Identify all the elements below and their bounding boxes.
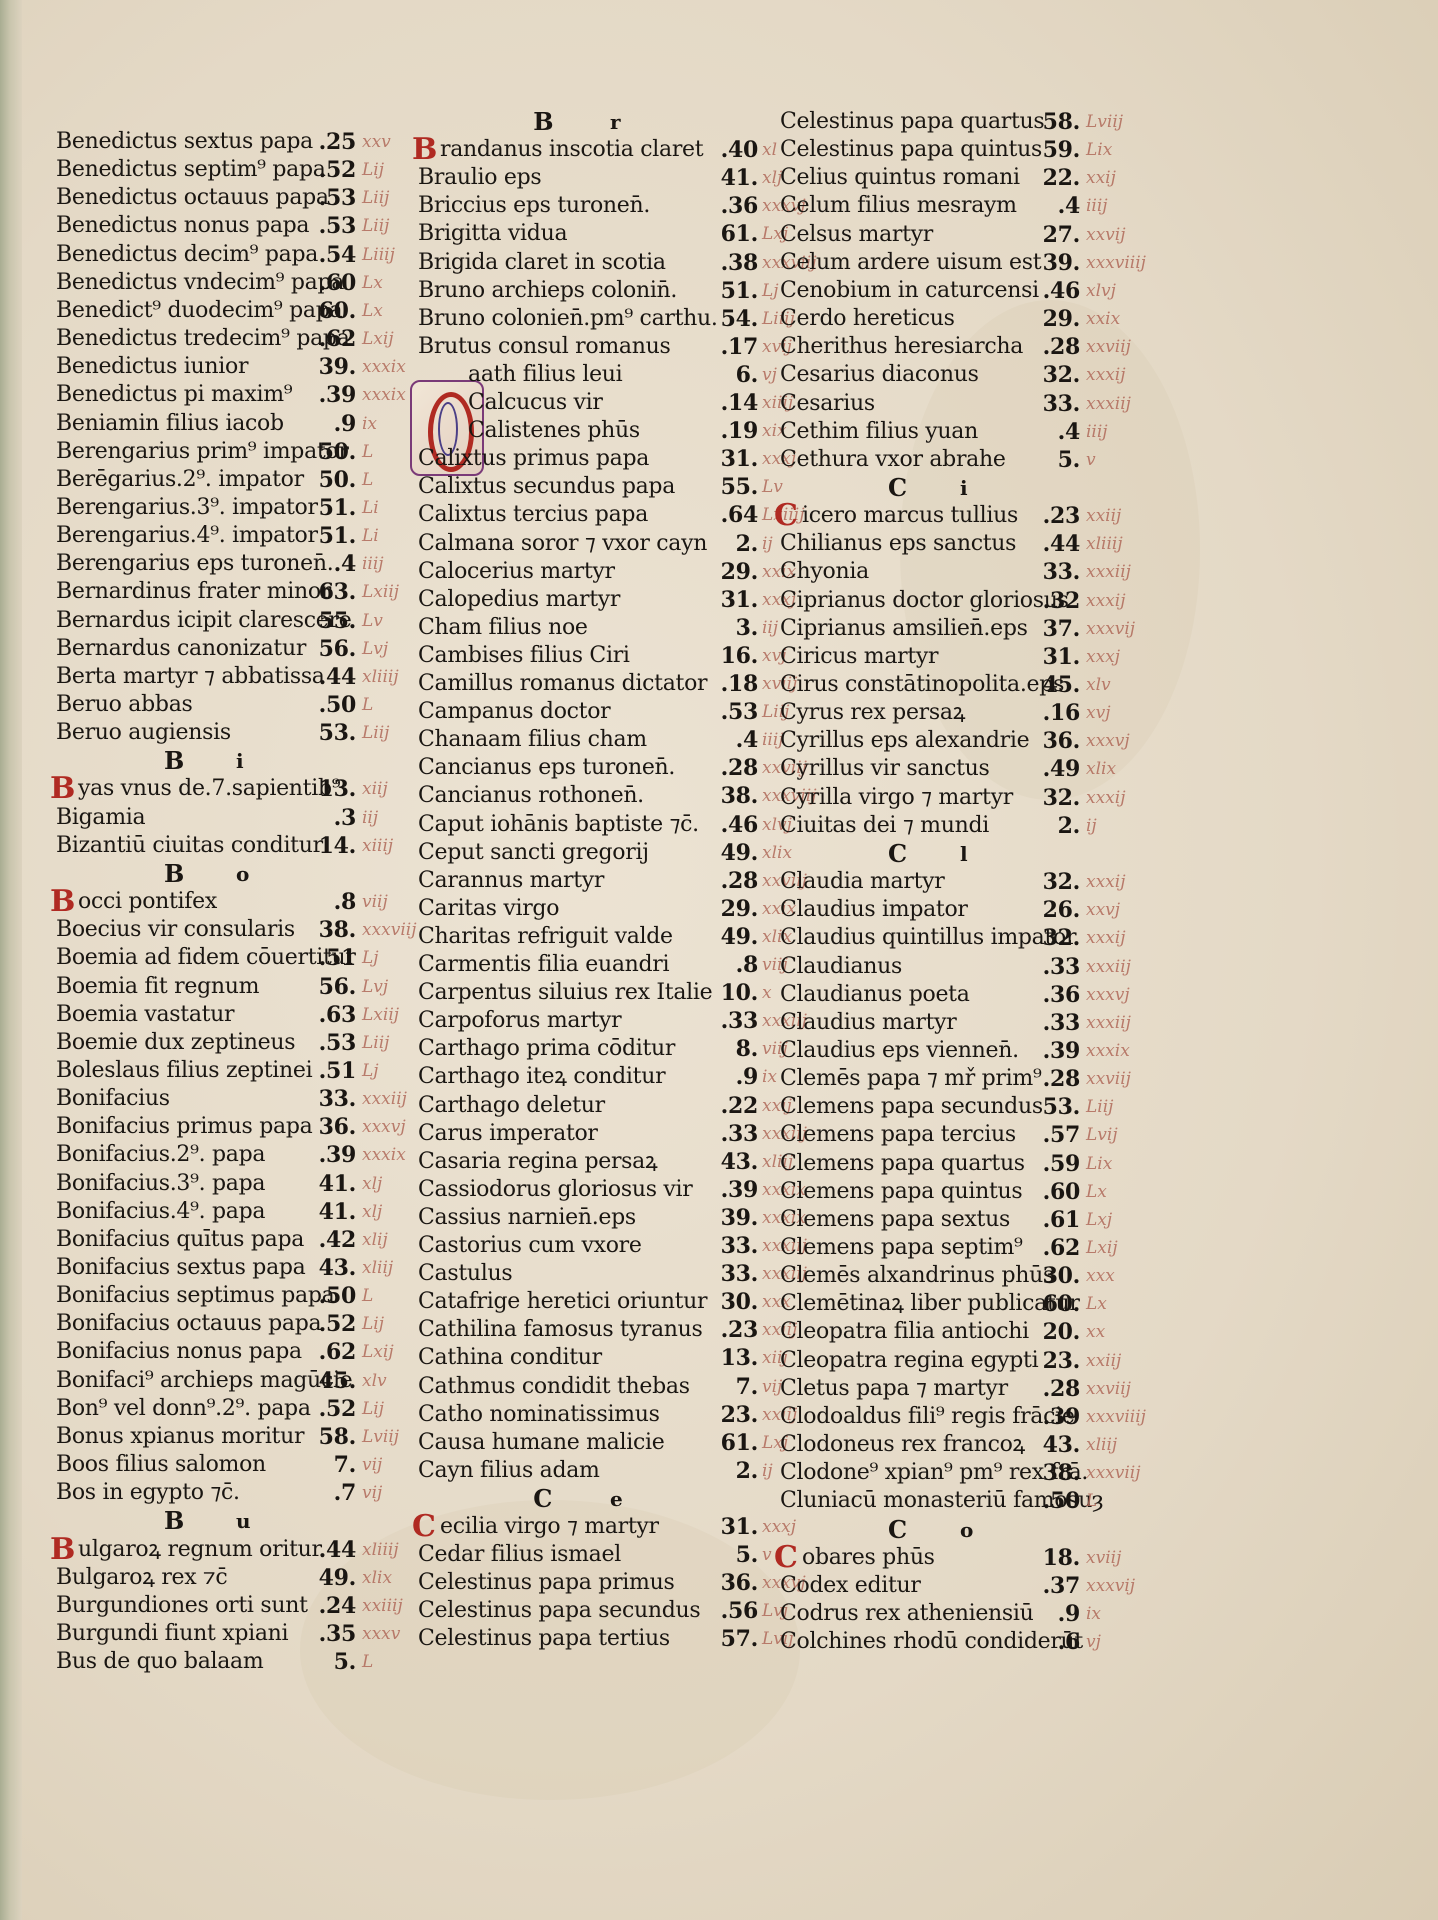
index-entry: Cancianus rothonen̄.38. [418,782,758,810]
heading-subletter: u [236,1507,251,1535]
entry-text: Bernardinus frater minor [56,578,331,606]
rubricated-initial: B [50,775,75,803]
index-entry: Bonifacius octauus papa.52 [56,1310,356,1338]
entry-folio-number: .9 [334,410,356,438]
entry-text: Clemens papa quartus [780,1150,1025,1178]
entry-text: Carannus martyr [418,867,604,895]
margin-roman-numeral: xxv [362,128,391,156]
entry-text: Claudius martyr [780,1009,957,1037]
entry-folio-number: 38. [1043,1459,1080,1487]
index-entry: Clemētinaꝝ liber publicatur60. [780,1290,1080,1318]
margin-roman-numeral: L [362,1648,373,1676]
margin-roman-numeral: xxxix [362,381,406,409]
entry-text: Calixtus tercius papa [418,501,648,529]
entry-text: Berengarius.3⁹. impator [56,494,318,522]
entry-folio-number: .64 [721,501,758,529]
entry-folio-number: 36. [319,1113,356,1141]
index-entry: Claudius martyr.33 [780,1009,1080,1037]
entry-folio-number: .33 [1043,1009,1080,1037]
entry-text: Ciprianus doctor gloriosus [780,587,1069,615]
margin-roman-numeral: xxxix [362,1141,406,1169]
entry-text: Benedict⁹ duodecim⁹ papa [56,297,342,325]
entry-folio-number: 30. [721,1288,758,1316]
entry-text: Celestinus papa tertius [418,1625,670,1653]
entry-text: Clemēs papa ⁊ mř prim⁹ [780,1065,1041,1093]
index-entry: Cathilina famosus tyranus.23 [418,1316,758,1344]
entry-folio-number: .28 [1043,1065,1080,1093]
index-entry: Calopedius martyr31. [418,586,758,614]
entry-text: Benedictus tredecim⁹ papa [56,325,350,353]
index-entry: Claudius eps viennen̄..39 [780,1037,1080,1065]
entry-folio-number: 6. [736,361,758,389]
section-heading: Bu [56,1507,356,1535]
index-entry: Codrus rex atheniensiū.9 [780,1600,1080,1628]
entry-text: Benedictus septim⁹ papa [56,156,326,184]
entry-folio-number: 13. [319,775,356,803]
entry-text: Cancianus eps turonen̄. [418,754,675,782]
entry-folio-number: 51. [319,494,356,522]
index-entry: Bruno colonien̄.pm⁹ carthu.54. [418,305,758,333]
entry-text: Caritas virgo [418,895,559,923]
entry-text: Calixtus primus papa [418,445,649,473]
entry-text: Campanus doctor [418,698,610,726]
index-entry: Cyrillus vir sanctus.49 [780,755,1080,783]
entry-folio-number: .50 [319,1282,356,1310]
index-entry: Clemens papa sextus.61 [780,1206,1080,1234]
entry-folio-number: .50 [1043,1487,1080,1515]
entry-folio-number: 63. [319,578,356,606]
index-entry: Calixtus tercius papa.64 [418,501,758,529]
margin-roman-numeral: L [362,466,373,494]
entry-folio-number: .42 [319,1226,356,1254]
entry-text: Carmentis filia euandri [418,951,669,979]
margin-roman-numeral: Lx [1086,1290,1107,1318]
entry-folio-number: 13. [721,1344,758,1372]
index-entry: Benedictus septim⁹ papa.52 [56,156,356,184]
entry-text: Clemens papa quintus [780,1178,1022,1206]
index-entry: Beniamin filius iacob.9 [56,410,356,438]
index-entry: Ceput sancti gregorij49. [418,839,758,867]
index-entry: Cedar filius ismael5. [418,1541,758,1569]
entry-text: Celestinus papa quartus [780,108,1044,136]
entry-folio-number: .62 [319,1338,356,1366]
margin-roman-numeral: v [1086,446,1096,474]
index-entry: Benedictus sextus papa.25 [56,128,356,156]
margin-roman-numeral: iiij [362,550,384,578]
margin-roman-numeral: Liij [362,212,389,240]
entry-text: Codrus rex atheniensiū [780,1600,1034,1628]
entry-folio-number: .4 [1058,418,1080,446]
entry-folio-number: 41. [319,1198,356,1226]
margin-roman-numeral: Lij [362,1395,384,1423]
index-entry: Berta martyr ⁊ abbatissa.44 [56,663,356,691]
entry-text: Calcucus vir [468,389,603,417]
index-entry: Clemens papa quintus.60 [780,1178,1080,1206]
margin-roman-numeral: xxvj [1086,896,1120,924]
index-entry: Cesarius diaconus32. [780,361,1080,389]
index-entry: Bulgaroꝝ regnum oritur.44 [56,1536,356,1564]
entry-folio-number: 60. [1043,1290,1080,1318]
section-heading: Bo [56,860,356,888]
margin-roman-numeral: ix [1086,1600,1101,1628]
entry-text: Cassius narnien̄.eps [418,1204,636,1232]
entry-folio-number: 31. [1043,643,1080,671]
entry-folio-number: .40 [721,136,758,164]
margin-roman-numeral: xliiij [1086,530,1123,558]
entry-folio-number: 59. [1043,136,1080,164]
index-entry: Bonifacius septimus papa.50 [56,1282,356,1310]
entry-folio-number: 39. [721,1204,758,1232]
entry-folio-number: 26. [1043,896,1080,924]
index-entry: Carthago prima cōditur8. [418,1035,758,1063]
margin-roman-numeral: Lx [362,297,383,325]
index-entry: Clemēs alxandrinus phūs30. [780,1262,1080,1290]
heading-letter: B [164,860,184,888]
entry-folio-number: .28 [1043,333,1080,361]
entry-text: Cyrus rex persaꝝ [780,699,965,727]
entry-folio-number: .52 [319,1395,356,1423]
index-entry: Cobares phūs18. [780,1544,1080,1572]
entry-folio-number: .33 [721,1007,758,1035]
margin-roman-numeral: xl [762,136,777,164]
entry-folio-number: 14. [319,832,356,860]
index-entry: Clodoneus rex francoꝝ43. [780,1431,1080,1459]
margin-roman-numeral: ij [762,530,773,558]
margin-roman-numeral: xxxij [1086,784,1125,812]
entry-folio-number: 49. [319,1564,356,1592]
index-entry: Catafrige heretici oriuntur30. [418,1288,758,1316]
index-entry: Carannus martyr.28 [418,867,758,895]
index-entry: Bigamia.3 [56,804,356,832]
margin-roman-numeral: Lxij [362,325,394,353]
entry-folio-number: 29. [721,895,758,923]
entry-text: Clodoaldus fili⁹ regis frācie [780,1403,1075,1431]
entry-text: Cathina conditur [418,1344,602,1372]
margin-roman-numeral: xxviij [1086,1065,1131,1093]
margin-roman-numeral: xxxvj [1086,727,1130,755]
index-entry: Colchines rhodū condiderūt.6 [780,1628,1080,1656]
entry-folio-number: 51. [319,522,356,550]
margin-roman-numeral: L [362,691,373,719]
entry-folio-number: 8. [736,1035,758,1063]
margin-roman-numeral: iij [362,804,378,832]
entry-folio-number: 53. [319,719,356,747]
margin-roman-numeral: Liij [1086,1093,1113,1121]
index-entry: Calocerius martyr29. [418,558,758,586]
entry-text: Bruno colonien̄.pm⁹ carthu. [418,305,718,333]
index-entry: Cesarius33. [780,390,1080,418]
index-entry: Boemia vastatur.63 [56,1001,356,1029]
index-entry: Brandanus inscotia claret.40 [418,136,758,164]
index-entry: Carus imperator.33 [418,1120,758,1148]
index-entry: Benedictus octauus papa.53 [56,184,356,212]
entry-folio-number: .23 [721,1316,758,1344]
heading-subletter: o [960,1516,973,1544]
entry-text: Calistenes phūs [468,417,640,445]
entry-folio-number: 39. [1043,249,1080,277]
index-entry: Byas vnus de.7.sapientib⁹13. [56,775,356,803]
margin-roman-numeral: xliiij [362,663,399,691]
entry-text: Cethim filius yuan [780,418,978,446]
entry-folio-number: .50 [319,691,356,719]
entry-text: Carpentus siluius rex Italie [418,979,712,1007]
margin-roman-numeral: xxviij [1086,333,1131,361]
entry-folio-number: 45. [1043,671,1080,699]
entry-folio-number: 3. [736,614,758,642]
entry-folio-number: 43. [319,1254,356,1282]
entry-folio-number: .54 [319,241,356,269]
index-entry: Briccius eps turonen̄..36 [418,192,758,220]
index-entry: Calixtus primus papa31. [418,445,758,473]
rubricated-initial: C [412,1513,436,1541]
heading-subletter: i [236,747,244,775]
entry-text: Bonifacius.4⁹. papa [56,1198,265,1226]
entry-text: Boemie dux zeptineus [56,1029,295,1057]
index-entry: Calmana soror ⁊ vxor cayn2. [418,530,758,558]
entry-folio-number: .57 [1043,1121,1080,1149]
entry-folio-number: .28 [721,867,758,895]
entry-folio-number: 37. [1043,615,1080,643]
index-entry: Brutus consul romanus.17 [418,333,758,361]
margin-roman-numeral: xxxix [1086,1037,1130,1065]
index-entry: Claudianus.33 [780,953,1080,981]
margin-roman-numeral: xlj [362,1198,382,1226]
entry-folio-number: .39 [721,1176,758,1204]
index-entry: Cecilia virgo ⁊ martyr31. [418,1513,758,1541]
index-entry: Claudianus poeta.36 [780,981,1080,1009]
entry-text: Boos filius salomon [56,1451,266,1479]
margin-roman-numeral: xxxvij [1086,615,1135,643]
entry-text: Cathilina famosus tyranus [418,1316,702,1344]
margin-roman-numeral: Lxiij [362,578,399,606]
index-entry: Caput iohānis baptiste ⁊c̄..46 [418,811,758,839]
entry-folio-number: 31. [721,445,758,473]
entry-folio-number: .51 [319,1057,356,1085]
margin-roman-numeral: Lj [362,944,379,972]
entry-folio-number: 61. [721,220,758,248]
margin-roman-numeral: xxxix [362,353,406,381]
margin-roman-numeral: Lvj [362,635,388,663]
rubricated-initial: C [774,502,798,530]
entry-text: Bizantiū ciuitas conditur [56,832,323,860]
entry-text: Camillus romanus dictator [418,670,707,698]
index-entry: Boemia fit regnum56. [56,973,356,1001]
entry-text: Claudianus [780,953,902,981]
margin-roman-numeral: xxiij [1086,502,1121,530]
margin-roman-numeral: Lx [1086,1178,1107,1206]
entry-folio-number: 23. [1043,1347,1080,1375]
index-entry: Catho nominatissimus23. [418,1401,758,1429]
margin-roman-numeral: x [762,979,772,1007]
margin-roman-numeral: L [1086,1487,1097,1515]
entry-text: randanus inscotia claret [440,136,703,164]
entry-text: Boemia ad fidem cōuertitur [56,944,356,972]
heading-letter: C [888,840,907,868]
margin-roman-numeral: xliiij [362,1536,399,1564]
entry-folio-number: 41. [319,1170,356,1198]
entry-folio-number: 56. [319,635,356,663]
entry-text: Bulgaroꝝ rex ⁊c̄ [56,1564,227,1592]
index-entry: Berēgarius.2⁹. impator50. [56,466,356,494]
index-entry: Claudia martyr32. [780,868,1080,896]
entry-text: Berengarius prim⁹ impator [56,438,349,466]
entry-text: Cleopatra filia antiochi [780,1318,1029,1346]
rubricated-initial: B [50,888,75,916]
index-entry: Beruo augiensis53. [56,719,356,747]
entry-folio-number: 49. [721,839,758,867]
index-entry: Clemens papa secundus53. [780,1093,1080,1121]
entry-text: Calocerius martyr [418,558,615,586]
margin-roman-numeral: xviij [1086,1544,1121,1572]
entry-folio-number: .39 [1043,1403,1080,1431]
index-entry: Calistenes phūs.19 [418,417,758,445]
index-entry: Berengarius prim⁹ impator50. [56,438,356,466]
entry-folio-number: .46 [1043,277,1080,305]
margin-roman-numeral: Liij [362,184,389,212]
entry-text: Cancianus rothonen̄. [418,782,644,810]
index-entry: Ciprianus doctor gloriosus.32 [780,587,1080,615]
entry-folio-number: .49 [1043,755,1080,783]
entry-text: Clemens papa secundus [780,1093,1043,1121]
index-entry: Carthago iteꝝ conditur.9 [418,1063,758,1091]
entry-folio-number: .36 [721,192,758,220]
entry-text: Clemens papa septim⁹ [780,1234,1023,1262]
entry-text: Caput iohānis baptiste ⁊c̄. [418,811,699,839]
index-entry: Cletus papa ⁊ martyr.28 [780,1375,1080,1403]
entry-text: Berta martyr ⁊ abbatissa [56,663,325,691]
entry-text: Celestinus papa secundus [418,1597,700,1625]
entry-folio-number: .52 [319,156,356,184]
index-entry: Calcucus vir.14 [418,389,758,417]
margin-roman-numeral: Lx [362,269,383,297]
entry-folio-number: .53 [319,212,356,240]
index-entry: Benedictus tredecim⁹ papa.62 [56,325,356,353]
entry-text: Cesarius diaconus [780,361,979,389]
entry-text: Berengarius.4⁹. impator [56,522,318,550]
entry-folio-number: 30. [1043,1262,1080,1290]
margin-roman-numeral: Liiij [362,241,395,269]
index-entry: Campanus doctor.53 [418,698,758,726]
entry-text: Causa humane malicie [418,1429,664,1457]
entry-folio-number: .44 [319,1536,356,1564]
entry-text: occi pontifex [78,888,217,916]
book-page: Benedictus sextus papa.25xxvBenedictus s… [0,0,1438,1920]
index-entry: Bernardus canonizatur56. [56,635,356,663]
entry-text: Boemia fit regnum [56,973,259,1001]
entry-folio-number: 5. [736,1541,758,1569]
entry-text: Brigida claret in scotia [418,249,666,277]
index-entry: Ciricus martyr31. [780,643,1080,671]
entry-text: Chilianus eps sanctus [780,530,1016,558]
entry-text: Cleopatra regina egypti [780,1347,1038,1375]
margin-roman-numeral: viij [362,888,388,916]
margin-roman-numeral: xxxv [362,1620,400,1648]
entry-text: icero marcus tullius [802,502,1018,530]
entry-text: Carthago deletur [418,1092,605,1120]
entry-text: Ceput sancti gregorij [418,839,649,867]
margin-roman-numeral: xlv [1086,671,1111,699]
entry-text: Cedar filius ismael [418,1541,621,1569]
entry-text: Benedictus decim⁹ papa [56,241,318,269]
margin-roman-numeral: Lvij [1086,1121,1118,1149]
entry-text: Burgundiones orti sunt [56,1592,308,1620]
entry-folio-number: 2. [1058,812,1080,840]
entry-text: Bonifacius [56,1085,170,1113]
entry-folio-number: 60. [319,297,356,325]
index-entry: Benedictus iunior39. [56,353,356,381]
entry-folio-number: 29. [721,558,758,586]
index-entry: Cham filius noe3. [418,614,758,642]
index-entry: Bonifacius.4⁹. papa41. [56,1198,356,1226]
entry-text: Colchines rhodū condiderūt [780,1628,1083,1656]
index-entry: Claudius impator26. [780,896,1080,924]
index-entry: Cluniacū monasteriū famosuȝ.50 [780,1487,1080,1515]
margin-roman-numeral: xvj [1086,699,1110,727]
entry-text: Beruo augiensis [56,719,231,747]
margin-roman-numeral: iij [762,614,778,642]
entry-folio-number: .60 [1043,1178,1080,1206]
heading-letter: C [533,1485,552,1513]
entry-text: Benedictus vndecim⁹ papa [56,269,344,297]
margin-roman-numeral: xxiij [1086,1347,1121,1375]
entry-text: Calixtus secundus papa [418,473,675,501]
entry-folio-number: .60 [319,269,356,297]
margin-roman-numeral: xxxiij [1086,390,1131,418]
entry-folio-number: 32. [1043,924,1080,952]
entry-folio-number: 50. [319,466,356,494]
heading-subletter: l [960,840,968,868]
entry-folio-number: .18 [721,670,758,698]
entry-text: Castorius cum vxore [418,1232,642,1260]
entry-text: Bonifacius sextus papa [56,1254,306,1282]
margin-roman-numeral: xxxvij [1086,1572,1135,1600]
index-entry: Celum filius mesraym.4 [780,192,1080,220]
entry-text: Bonifacius septimus papa [56,1282,334,1310]
entry-text: Berengarius eps turonen̄. [56,550,333,578]
index-entry: Bruno archieps colonin̄.51. [418,277,758,305]
index-entry: Clemens papa septim⁹.62 [780,1234,1080,1262]
entry-folio-number: 56. [319,973,356,1001]
entry-folio-number: 27. [1043,221,1080,249]
entry-text: Casaria regina persaꝝ [418,1148,657,1176]
entry-folio-number: .16 [1043,699,1080,727]
entry-text: Berēgarius.2⁹. impator [56,466,304,494]
entry-text: Bonifacius primus papa [56,1113,312,1141]
index-entry: Cambises filius Ciri16. [418,642,758,670]
entry-folio-number: 61. [721,1429,758,1457]
margin-roman-numeral: iiij [1086,192,1108,220]
margin-roman-numeral: vj [1086,1628,1101,1656]
index-entry: Cicero marcus tullius.23 [780,502,1080,530]
margin-roman-numeral: xxxvj [362,1113,406,1141]
margin-roman-numeral: Lxj [1086,1206,1112,1234]
entry-folio-number: 54. [721,305,758,333]
entry-text: Bonus xpianus moritur [56,1423,304,1451]
index-entry: Benedictus decim⁹ papa.54 [56,241,356,269]
index-entry: Berengarius.3⁹. impator51. [56,494,356,522]
entry-text: Boemia vastatur [56,1001,234,1029]
entry-text: Braulio eps [418,164,541,192]
entry-text: Clemens papa tercius [780,1121,1016,1149]
entry-folio-number: .39 [319,1141,356,1169]
entry-folio-number: 45. [319,1367,356,1395]
entry-text: Castulus [418,1260,512,1288]
index-entry: Carpentus siluius rex Italie10. [418,979,758,1007]
entry-text: Ciuitas dei ⁊ mundi [780,812,989,840]
entry-folio-number: 5. [1058,446,1080,474]
entry-folio-number: .3 [334,804,356,832]
entry-folio-number: 2. [736,1457,758,1485]
